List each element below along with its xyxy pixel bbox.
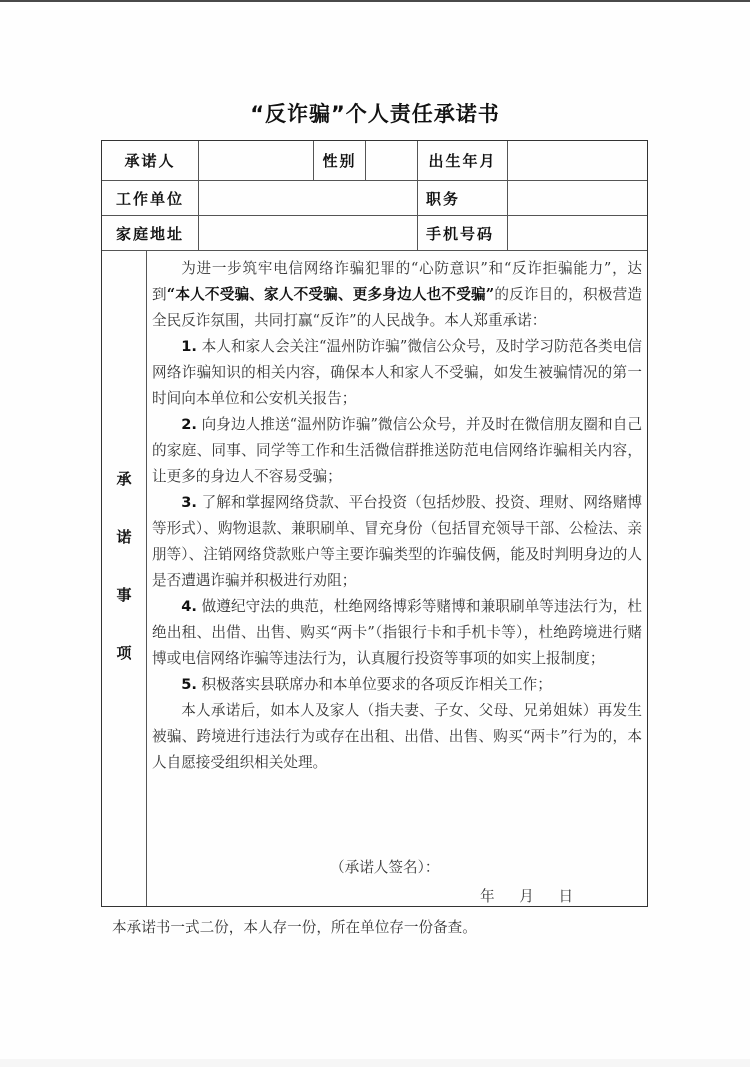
- commitment-item-5: 5. 积极落实县联席办和本单位要求的各项反诈相关工作；: [152, 672, 642, 698]
- work-unit-label: 工作单位: [102, 181, 198, 215]
- commitment-label-char: 事: [102, 584, 146, 605]
- row-divider: [102, 250, 647, 251]
- commitment-item-2: 2. 向身边人推送“温州防诈骗”微信公众号，并及时在微信朋友圈和自己的家庭、同事…: [152, 412, 642, 490]
- intro-emphasis: “本人不受骗、家人不受骗、更多身边人也不受骗”: [167, 286, 494, 303]
- gender-label: 性别: [314, 141, 365, 180]
- promisor-label: 承诺人: [102, 141, 198, 180]
- work-unit-field[interactable]: [199, 181, 417, 215]
- intro-paragraph: 为进一步筑牢电信网络诈骗犯罪的“心防意识”和“反诈拒骗能力”，达到“本人不受骗、…: [152, 256, 642, 334]
- birth-date-field[interactable]: [508, 141, 647, 180]
- date-line[interactable]: 年 月 日: [480, 885, 573, 906]
- signature-line[interactable]: （承诺人签名）：: [330, 856, 439, 877]
- viewer-bottom-bar: [0, 1059, 750, 1067]
- document-title: “反诈骗”个人责任承诺书: [0, 98, 750, 128]
- phone-label: 手机号码: [426, 216, 506, 250]
- commitment-form: 承诺人 性别 出生年月 工作单位 职务 家庭地址 手机号码 承 诺 事 项 为进…: [101, 140, 648, 907]
- column-divider: [146, 250, 147, 906]
- commitment-body: 为进一步筑牢电信网络诈骗犯罪的“心防意识”和“反诈拒骗能力”，达到“本人不受骗、…: [152, 256, 642, 776]
- home-address-field[interactable]: [199, 216, 417, 250]
- footnote: 本承诺书一式二份，本人存一份，所在单位存一份备查。: [112, 916, 477, 937]
- commitment-label-char: 诺: [102, 526, 146, 547]
- commitment-label-char: 项: [102, 642, 146, 663]
- birth-date-label: 出生年月: [418, 141, 507, 180]
- home-address-label: 家庭地址: [102, 216, 198, 250]
- viewer-top-bar: [0, 0, 750, 2]
- commitment-item-4: 4. 做遵纪守法的典范，杜绝网络博彩等赌博和兼职刷单等违法行为，杜绝出租、出借、…: [152, 594, 642, 672]
- gender-field[interactable]: [366, 141, 417, 180]
- commitment-item-1: 1. 本人和家人会关注“温州防诈骗”微信公众号，及时学习防范各类电信网络诈骗知识…: [152, 334, 642, 412]
- position-label: 职务: [426, 181, 506, 215]
- commitment-item-3: 3. 了解和掌握网络贷款、平台投资（包括炒股、投资、理财、网络赌博等形式）、购物…: [152, 490, 642, 594]
- position-field[interactable]: [508, 181, 647, 215]
- promisor-field[interactable]: [199, 141, 313, 180]
- commitment-label-char: 承: [102, 468, 146, 489]
- phone-field[interactable]: [508, 216, 647, 250]
- closing-paragraph: 本人承诺后，如本人及家人（指夫妻、子女、父母、兄弟姐妹）再发生被骗、跨境进行违法…: [152, 698, 642, 776]
